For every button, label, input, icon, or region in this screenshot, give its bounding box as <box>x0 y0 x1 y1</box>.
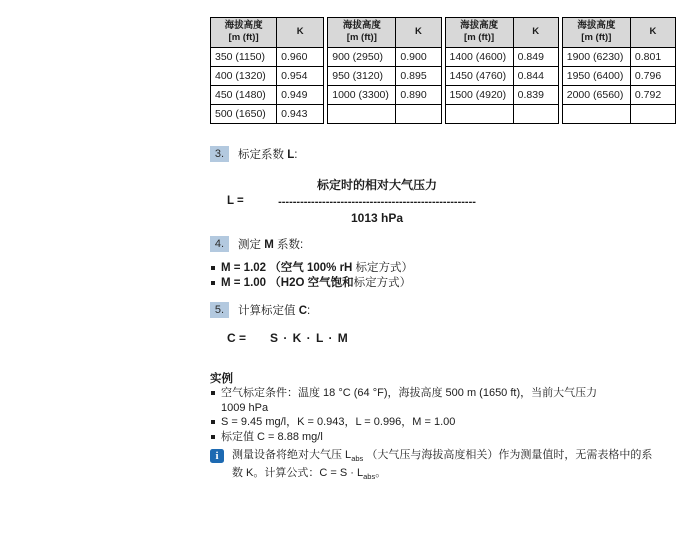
col-header-k: K <box>277 18 324 48</box>
cell-altitude: 900 (2950) <box>328 47 396 66</box>
cell-k: 0.849 <box>513 47 558 66</box>
bullet-marker <box>211 435 215 439</box>
table-row: 500 (1650)0.943 <box>211 104 324 123</box>
table-row: 900 (2950)0.900 <box>328 47 441 66</box>
info-note-text: 测量设备将绝对大气压 Labs （大气压与海拔高度相关）作为测量值时，无需表格中… <box>232 448 660 484</box>
cell-k: 0.801 <box>630 47 675 66</box>
cell-altitude: 1900 (6230) <box>562 47 630 66</box>
step-3-label: 标定系数 L: <box>238 146 297 162</box>
formula-c: C = S · K · L · M <box>210 331 530 347</box>
table-row: 1500 (4920)0.839 <box>445 85 558 104</box>
bullet-marker <box>211 391 215 395</box>
document-page: { "colors": { "accent_blue": "#1d6ab2", … <box>0 0 686 535</box>
table-row: 1400 (4600)0.849 <box>445 47 558 66</box>
step-4-label: 测定 M 系数: <box>238 236 303 252</box>
cell-altitude: 400 (1320) <box>211 66 277 85</box>
example-values: S = 9.45 mg/l，K = 0.943，L = 0.996，M = 1.… <box>221 415 619 430</box>
altitude-table-group-4: 海拔高度[m (ft)]K1900 (6230)0.8011950 (6400)… <box>562 17 676 124</box>
step-3-number-badge: 3. <box>210 146 229 162</box>
table-row <box>562 104 675 123</box>
table-header-row: 海拔高度[m (ft)]K <box>328 18 441 48</box>
table-row: 450 (1480)0.949 <box>211 85 324 104</box>
cell-altitude: 1450 (4760) <box>445 66 513 85</box>
step-5-label: 计算标定值 C: <box>238 302 310 318</box>
list-item: M = 1.02 （空气 100% rH 标定方式） <box>210 261 413 276</box>
col-header-altitude: 海拔高度[m (ft)] <box>211 18 277 48</box>
table-row: 1000 (3300)0.890 <box>328 85 441 104</box>
example-result: 标定值 C = 8.88 mg/l <box>221 430 619 445</box>
cell-k <box>513 104 558 123</box>
formula-l-lhs: L = <box>227 195 244 207</box>
cell-k: 0.839 <box>513 85 558 104</box>
altitude-table-group-2: 海拔高度[m (ft)]K900 (2950)0.900950 (3120)0.… <box>327 17 441 124</box>
bullet-marker <box>211 420 215 424</box>
cell-altitude: 2000 (6560) <box>562 85 630 104</box>
cell-k: 0.960 <box>277 47 324 66</box>
altitude-table-group-1: 海拔高度[m (ft)]K350 (1150)0.960400 (1320)0.… <box>210 17 324 124</box>
cell-k: 0.954 <box>277 66 324 85</box>
formula-l: L = 标定时的相对大气压力 -------------------------… <box>210 176 530 228</box>
cell-k: 0.943 <box>277 104 324 123</box>
cell-altitude: 950 (3120) <box>328 66 396 85</box>
list-item: 标定值 C = 8.88 mg/l <box>210 430 622 445</box>
table-row <box>328 104 441 123</box>
table-header-row: 海拔高度[m (ft)]K <box>211 18 324 48</box>
cell-k: 0.900 <box>396 47 441 66</box>
formula-l-fraction-bar: ----------------------------------------… <box>265 196 489 208</box>
table-row: 1900 (6230)0.801 <box>562 47 675 66</box>
altitude-coefficient-table: 海拔高度[m (ft)]K350 (1150)0.960400 (1320)0.… <box>210 17 676 124</box>
col-header-altitude: 海拔高度[m (ft)] <box>445 18 513 48</box>
list-item: S = 9.45 mg/l，K = 0.943，L = 0.996，M = 1.… <box>210 415 622 430</box>
cell-k <box>396 104 441 123</box>
cell-altitude: 450 (1480) <box>211 85 277 104</box>
formula-c-rhs: S · K · L · M <box>270 331 349 345</box>
cell-k: 0.844 <box>513 66 558 85</box>
cell-k: 0.796 <box>630 66 675 85</box>
cell-altitude: 1950 (6400) <box>562 66 630 85</box>
table-header-row: 海拔高度[m (ft)]K <box>445 18 558 48</box>
col-header-altitude: 海拔高度[m (ft)] <box>328 18 396 48</box>
col-header-altitude: 海拔高度[m (ft)] <box>562 18 630 48</box>
step-5: 5. 计算标定值 C: <box>210 302 310 318</box>
table-row <box>445 104 558 123</box>
cell-altitude <box>562 104 630 123</box>
m-bullet-1-text: M = 1.02 （空气 100% rH 标定方式） <box>221 261 413 276</box>
cell-altitude: 1400 (4600) <box>445 47 513 66</box>
step-3: 3. 标定系数 L: <box>210 146 297 162</box>
formula-c-lhs: C = <box>227 331 246 345</box>
table-row: 950 (3120)0.895 <box>328 66 441 85</box>
table-row: 400 (1320)0.954 <box>211 66 324 85</box>
altitude-table-group-3: 海拔高度[m (ft)]K1400 (4600)0.8491450 (4760)… <box>445 17 559 124</box>
list-item: M = 1.00 （H2O 空气饱和标定方式） <box>210 276 413 291</box>
cell-altitude: 1500 (4920) <box>445 85 513 104</box>
col-header-k: K <box>630 18 675 48</box>
step-5-number-badge: 5. <box>210 302 229 318</box>
bullet-marker <box>211 281 215 285</box>
formula-l-denominator: 1013 hPa <box>265 211 489 225</box>
table-row: 2000 (6560)0.792 <box>562 85 675 104</box>
table-header-row: 海拔高度[m (ft)]K <box>562 18 675 48</box>
info-icon: i <box>210 449 224 463</box>
m-coefficient-list: M = 1.02 （空气 100% rH 标定方式） M = 1.00 （H2O… <box>210 261 413 290</box>
example-title: 实例 <box>210 370 233 386</box>
cell-k: 0.792 <box>630 85 675 104</box>
m-bullet-2-text: M = 1.00 （H2O 空气饱和标定方式） <box>221 276 411 291</box>
cell-altitude: 1000 (3300) <box>328 85 396 104</box>
col-header-k: K <box>513 18 558 48</box>
bullet-marker <box>211 266 215 270</box>
col-header-k: K <box>396 18 441 48</box>
table-row: 350 (1150)0.960 <box>211 47 324 66</box>
step-4: 4. 测定 M 系数: <box>210 236 303 252</box>
table-row: 1450 (4760)0.844 <box>445 66 558 85</box>
example-list: 空气标定条件：温度 18 °C (64 °F)，海拔高度 500 m (1650… <box>210 386 622 444</box>
table-row: 1950 (6400)0.796 <box>562 66 675 85</box>
cell-altitude: 500 (1650) <box>211 104 277 123</box>
cell-altitude: 350 (1150) <box>211 47 277 66</box>
cell-k: 0.949 <box>277 85 324 104</box>
example-conditions: 空气标定条件：温度 18 °C (64 °F)，海拔高度 500 m (1650… <box>221 386 619 415</box>
cell-k: 0.895 <box>396 66 441 85</box>
cell-altitude <box>445 104 513 123</box>
cell-k <box>630 104 675 123</box>
info-note: i 测量设备将绝对大气压 Labs （大气压与海拔高度相关）作为测量值时，无需表… <box>210 448 662 484</box>
cell-altitude <box>328 104 396 123</box>
formula-l-numerator: 标定时的相对大气压力 <box>265 176 489 193</box>
cell-k: 0.890 <box>396 85 441 104</box>
list-item: 空气标定条件：温度 18 °C (64 °F)，海拔高度 500 m (1650… <box>210 386 622 415</box>
step-4-number-badge: 4. <box>210 236 229 252</box>
